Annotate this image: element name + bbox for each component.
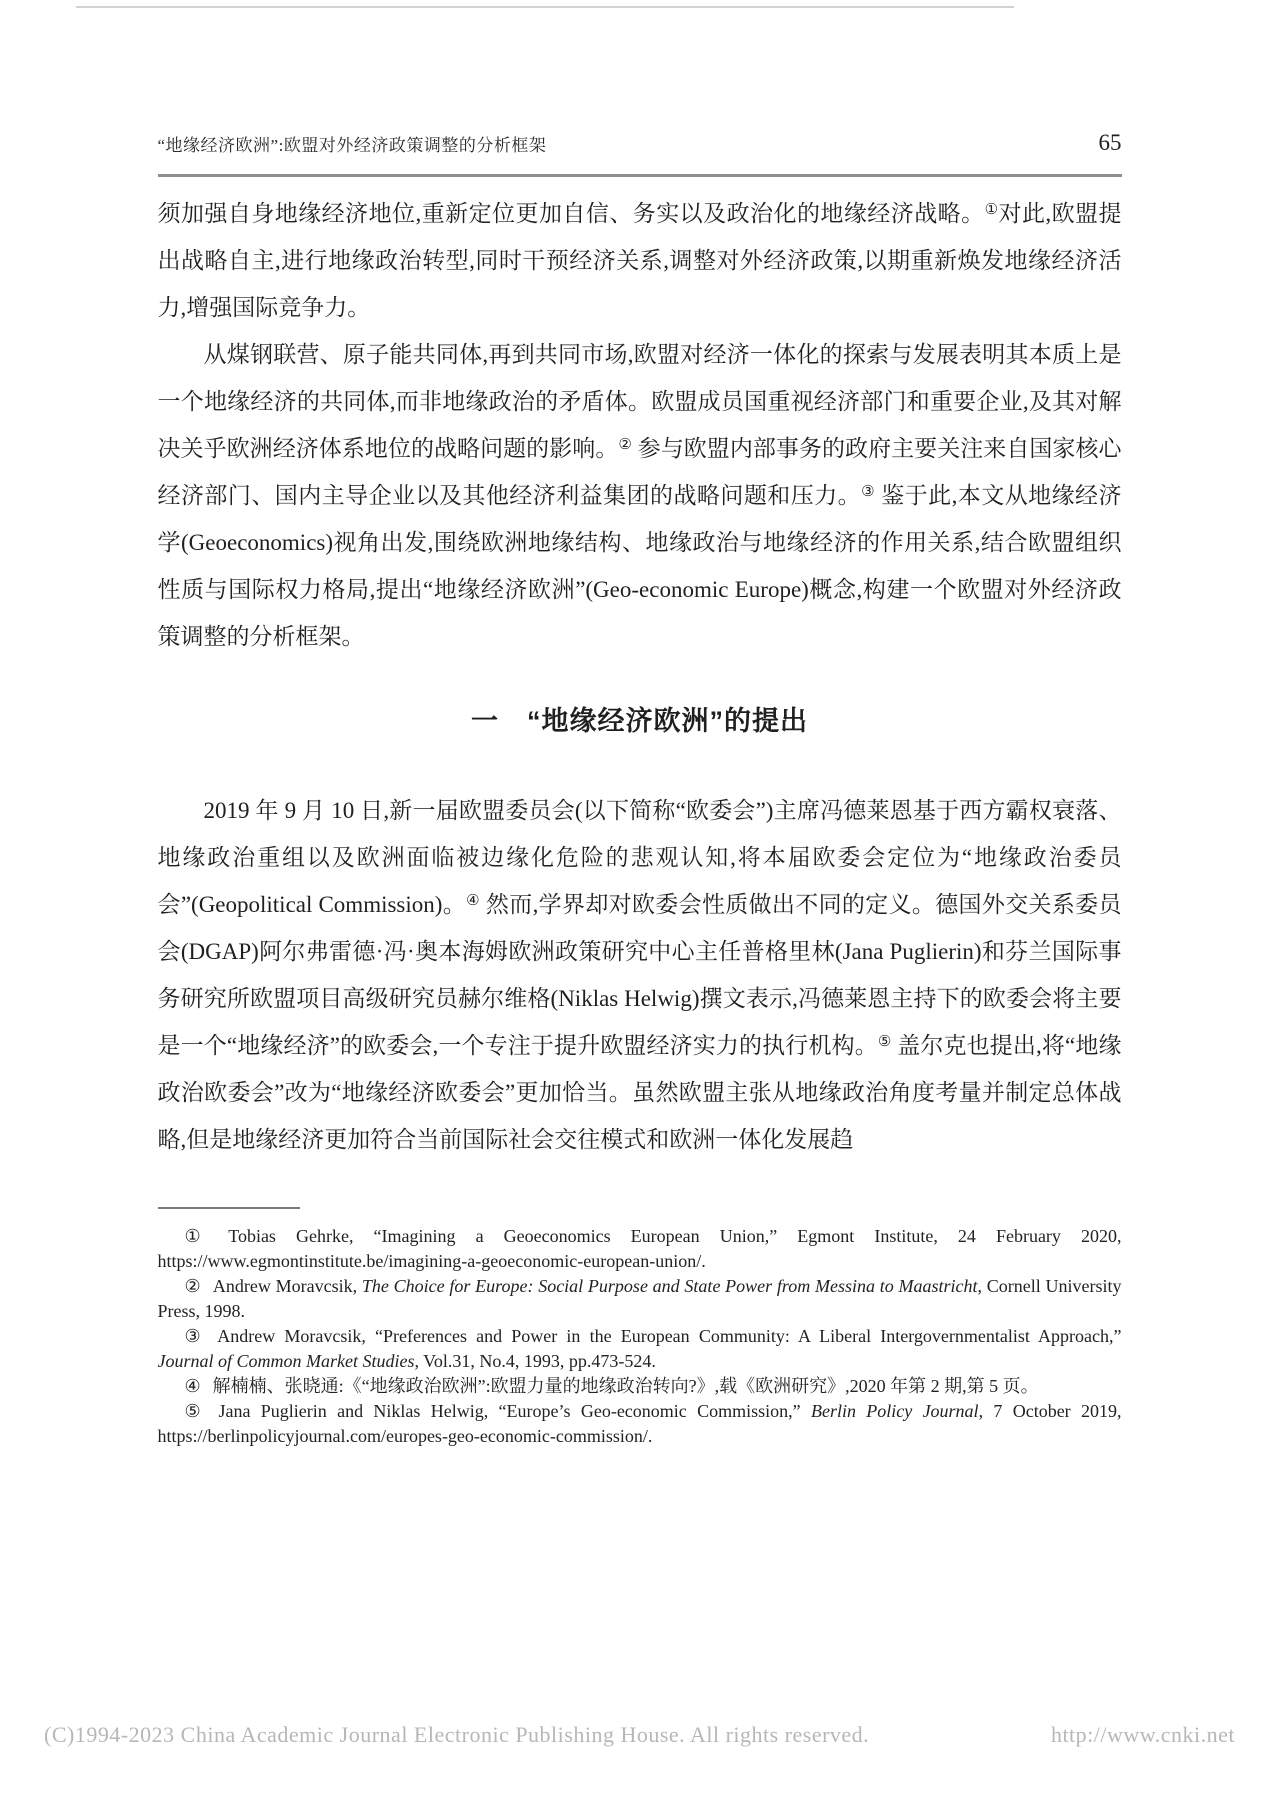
footnote-marker: ⑤ xyxy=(185,1401,207,1421)
footnote-marker: ③ xyxy=(185,1326,206,1346)
footnote-text: Andrew Moravcsik, “Preferences and Power… xyxy=(217,1326,1121,1346)
footnote-book-title: The Choice for Europe: Social Purpose an… xyxy=(362,1276,978,1296)
footnote-text: Jana Puglierin and Niklas Helwig, “Europ… xyxy=(218,1401,810,1421)
article-body: 须加强自身地缘经济地位,重新定位更加自信、务实以及政治化的地缘经济战略。①对此,… xyxy=(158,190,1122,1163)
footnote-marker: ② xyxy=(185,1276,201,1296)
scan-artifact-line xyxy=(76,6,1014,8)
running-title: “地缘经济欧洲”:欧盟对外经济政策调整的分析框架 xyxy=(158,131,547,156)
copyright-text: (C)1994-2023 China Academic Journal Elec… xyxy=(44,1722,869,1748)
footnotes-section: ①Tobias Gehrke, “Imagining a Geoeconomic… xyxy=(158,1207,1122,1449)
footnote-text: Tobias Gehrke, “Imagining a Geoeconomics… xyxy=(158,1226,1122,1271)
footnote-3: ③Andrew Moravcsik, “Preferences and Powe… xyxy=(158,1324,1122,1374)
footnote-journal-title: Berlin Policy Journal xyxy=(811,1401,979,1421)
section-heading: 一 “地缘经济欧洲”的提出 xyxy=(158,698,1122,745)
page-content: “地缘经济欧洲”:欧盟对外经济政策调整的分析框架 65 须加强自身地缘经济地位,… xyxy=(158,0,1122,1449)
paragraph-continuation: 须加强自身地缘经济地位,重新定位更加自信、务实以及政治化的地缘经济战略。①对此,… xyxy=(158,190,1122,331)
footnote-ref-2: ② xyxy=(618,437,632,453)
footnote-text: Andrew Moravcsik, xyxy=(213,1276,362,1296)
header-rule xyxy=(158,174,1122,177)
footnote-ref-5: ⑤ xyxy=(878,1034,892,1050)
paragraph-text: 须加强自身地缘经济地位,重新定位更加自信、务实以及政治化的地缘经济战略。 xyxy=(158,201,985,226)
footnote-marker: ④ xyxy=(185,1376,201,1396)
footnote-1: ①Tobias Gehrke, “Imagining a Geoeconomic… xyxy=(158,1224,1122,1274)
footnote-ref-4: ④ xyxy=(466,893,480,909)
paragraph-2: 从煤钢联营、原子能共同体,再到共同市场,欧盟对经济一体化的探索与发展表明其本质上… xyxy=(158,331,1122,660)
footnote-2: ②Andrew Moravcsik, The Choice for Europe… xyxy=(158,1274,1122,1324)
footnote-ref-3: ③ xyxy=(861,484,875,500)
page-header: “地缘经济欧洲”:欧盟对外经济政策调整的分析框架 65 xyxy=(158,0,1122,156)
footnote-ref-1: ① xyxy=(985,202,999,218)
footnote-text: 解楠楠、张晓通:《“地缘政治欧洲”:欧盟力量的地缘政治转向?》,载《欧洲研究》,… xyxy=(213,1376,1039,1396)
footnote-text: , Vol.31, No.4, 1993, pp.473-524. xyxy=(414,1351,655,1371)
page-number: 65 xyxy=(1099,130,1122,156)
footnote-5: ⑤Jana Puglierin and Niklas Helwig, “Euro… xyxy=(158,1399,1122,1449)
footnote-separator xyxy=(158,1207,300,1209)
cnki-url: http://www.cnki.net xyxy=(1051,1722,1235,1748)
footnote-journal-title: Journal of Common Market Studies xyxy=(158,1351,415,1371)
footnote-marker: ① xyxy=(185,1226,217,1246)
paragraph-3: 2019 年 9 月 10 日,新一届欧盟委员会(以下简称“欧委会”)主席冯德莱… xyxy=(158,787,1122,1163)
page-footer: (C)1994-2023 China Academic Journal Elec… xyxy=(0,1722,1279,1748)
journal-page: “地缘经济欧洲”:欧盟对外经济政策调整的分析框架 65 须加强自身地缘经济地位,… xyxy=(0,0,1279,1797)
footnote-4: ④解楠楠、张晓通:《“地缘政治欧洲”:欧盟力量的地缘政治转向?》,载《欧洲研究》… xyxy=(158,1374,1122,1399)
